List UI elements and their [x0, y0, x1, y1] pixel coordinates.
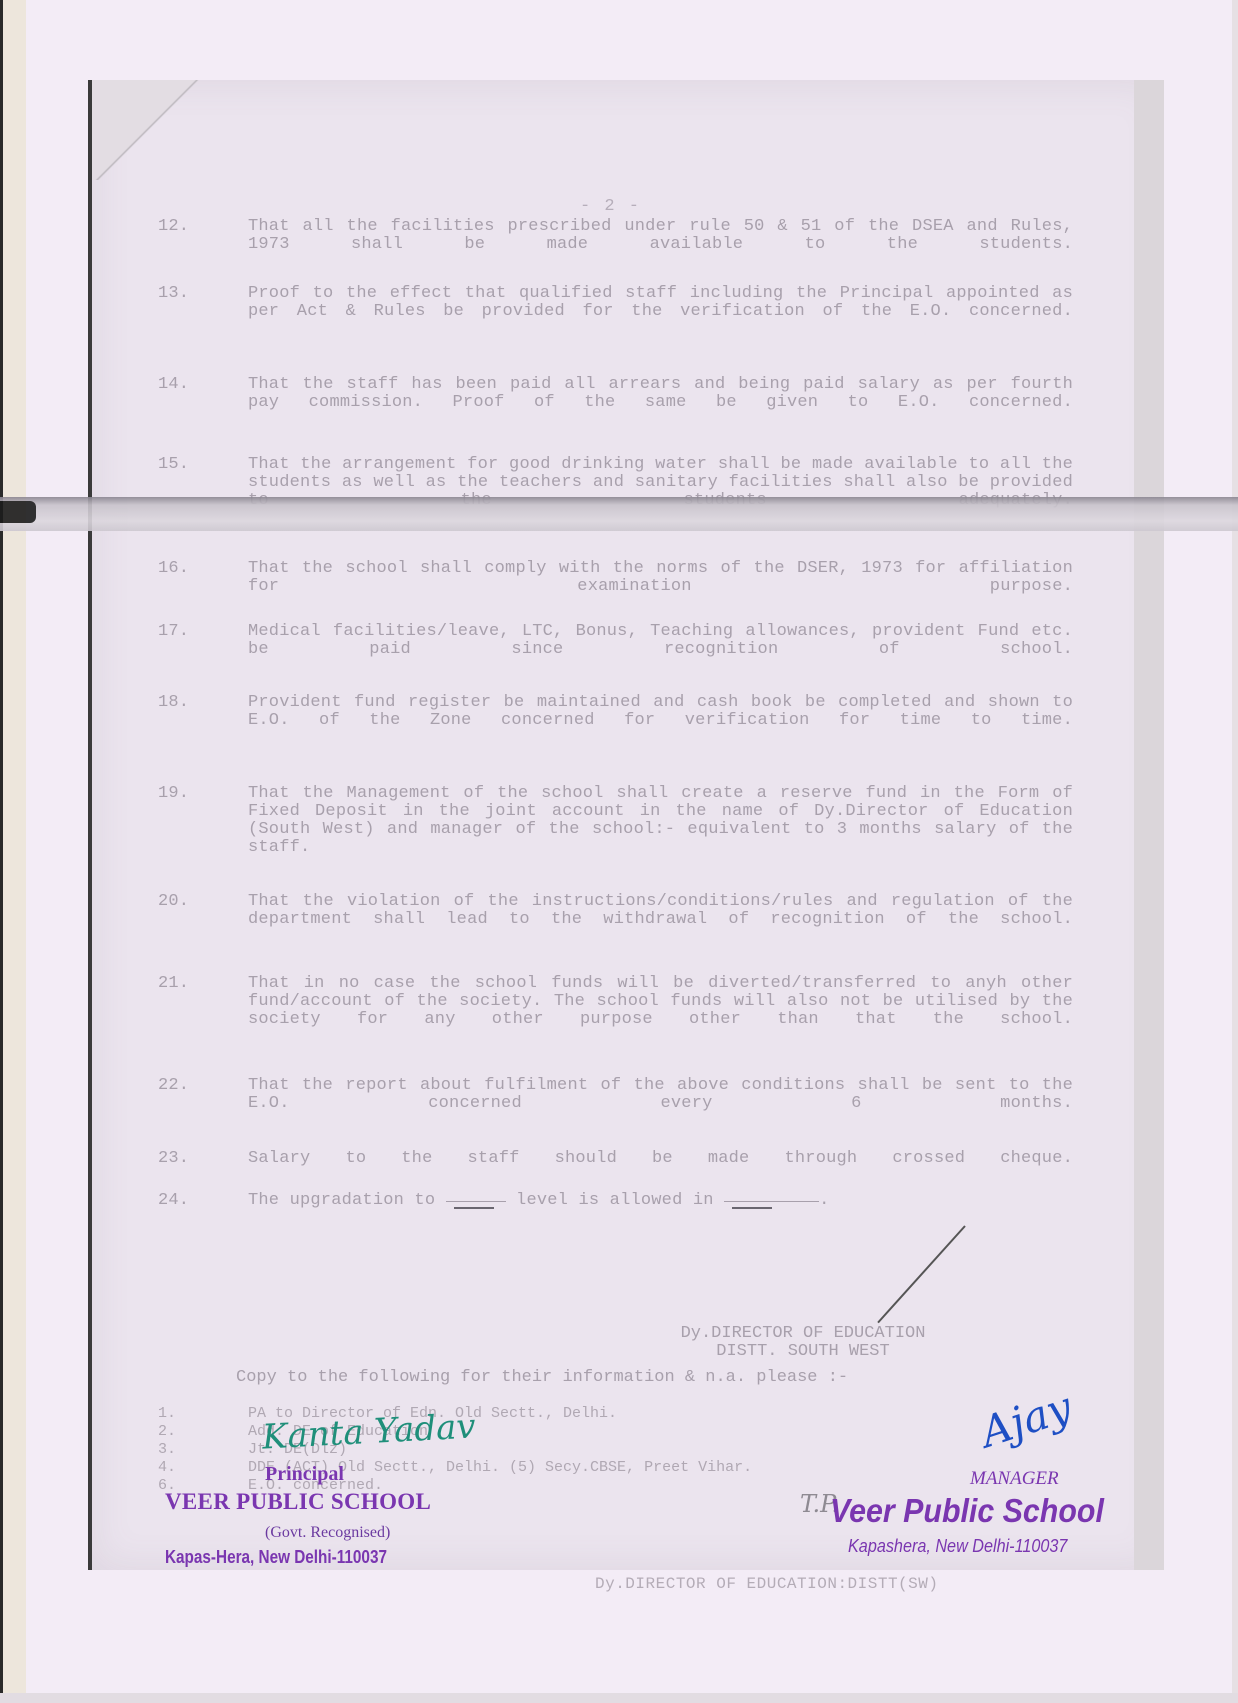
condition-number: 13. [158, 285, 208, 303]
condition-number: 17. [158, 623, 208, 641]
condition-number: 20. [158, 893, 208, 911]
stamp-role: MANAGER [970, 1468, 1059, 1490]
binder-clip [0, 501, 36, 523]
stamp-status: (Govt. Recognised) [265, 1524, 390, 1542]
condition-number: 15. [158, 456, 208, 474]
stamp-address: Kapashera, New Delhi-110037 [848, 1536, 1067, 1557]
condition-text: The upgradation to level is allowed in . [248, 1192, 1073, 1228]
condition-number: 21. [158, 975, 208, 993]
condition-number: 23. [158, 1150, 208, 1168]
condition-text: Salary to the staff should be made throu… [248, 1150, 1073, 1186]
condition-text: Medical facilities/leave, LTC, Bonus, Te… [248, 623, 1073, 677]
stamp-school-name: Veer Public School [830, 1492, 1104, 1530]
level-blank [446, 1201, 506, 1202]
item24-middle: level is allowed in [516, 1191, 714, 1210]
condition-number: 22. [158, 1077, 208, 1095]
condition-text: That the Management of the school shall … [248, 785, 1073, 875]
condition-text: That the school shall comply with the no… [248, 560, 1073, 614]
scan-left-edge [0, 0, 30, 1703]
condition-text: Provident fund register be maintained an… [248, 694, 1073, 748]
scan-right-edge [1232, 0, 1238, 1703]
shadow-strip [1134, 80, 1164, 1570]
condition-text: That the report about fulfilment of the … [248, 1077, 1073, 1131]
condition-number: 16. [158, 560, 208, 578]
condition-number: 14. [158, 376, 208, 394]
footer-office-line: Dy.DIRECTOR OF EDUCATION:DISTT(SW) [595, 1575, 938, 1593]
paper-fold-overlap [0, 497, 1238, 531]
item24-prefix: The upgradation to [248, 1191, 435, 1210]
condition-text: That in no case the school funds will be… [248, 975, 1073, 1047]
officer-district: DISTT. SOUTH WEST [673, 1343, 933, 1361]
folded-corner [92, 80, 202, 180]
stamp-school-name: VEER PUBLIC SCHOOL [165, 1489, 431, 1515]
condition-number: 19. [158, 785, 208, 803]
condition-text: Proof to the effect that qualified staff… [248, 285, 1073, 339]
scan-bottom-edge [0, 1693, 1238, 1703]
condition-number: 12. [158, 218, 208, 236]
condition-number: 18. [158, 694, 208, 712]
condition-text: That the violation of the instructions/c… [248, 893, 1073, 947]
item24-suffix: . [819, 1191, 829, 1210]
condition-text: That the staff has been paid all arrears… [248, 376, 1073, 430]
stamp-role: Principal [265, 1463, 344, 1486]
stamp-address: Kapas-Hera, New Delhi-110037 [165, 1547, 387, 1568]
officer-title: Dy.DIRECTOR OF EDUCATION [673, 1325, 933, 1343]
condition-text: That all the facilities prescribed under… [248, 218, 1073, 272]
officer-block: Dy.DIRECTOR OF EDUCATION DISTT. SOUTH WE… [673, 1325, 933, 1361]
condition-number: 24. [158, 1192, 208, 1210]
copy-to-heading: Copy to the following for their informat… [236, 1368, 848, 1387]
year-blank [724, 1201, 819, 1202]
page-number: - 2 - [580, 197, 641, 216]
